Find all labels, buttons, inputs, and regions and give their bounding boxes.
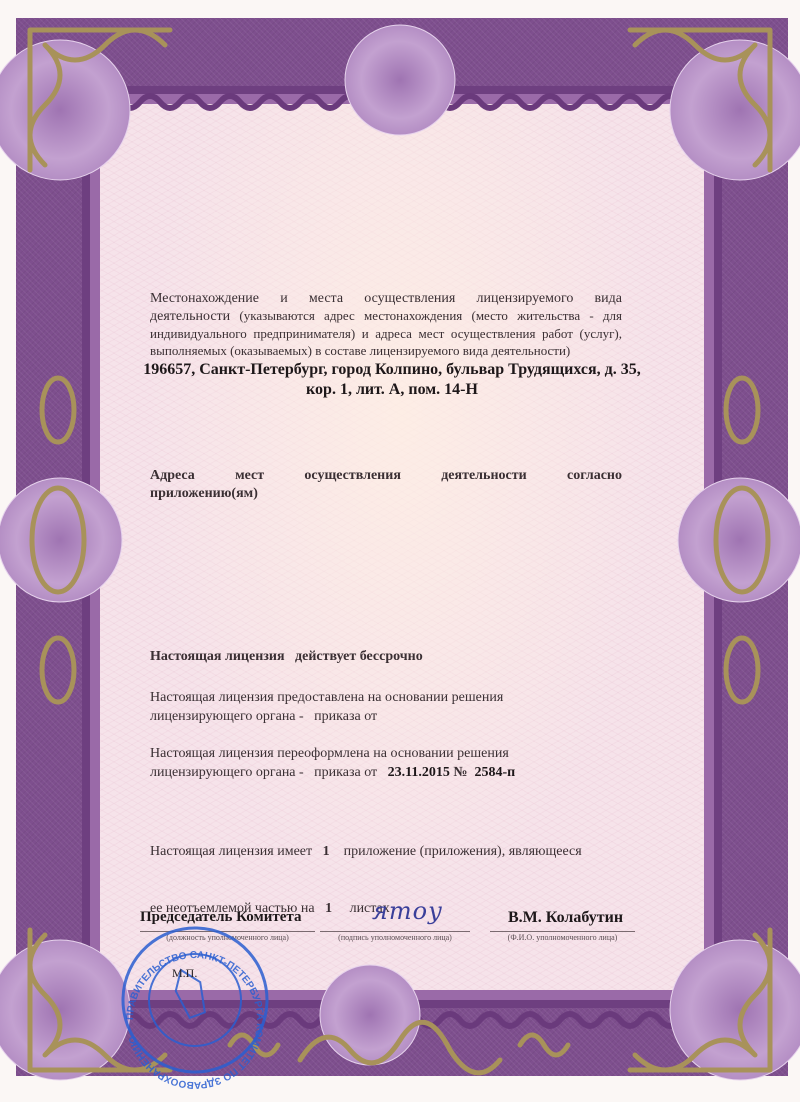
official-stamp: ПРАВИТЕЛЬСТВО САНКТ-ПЕТЕРБУРГА КОМИТЕТ П… [0,0,800,1102]
seal-label: М.П. [172,966,197,981]
